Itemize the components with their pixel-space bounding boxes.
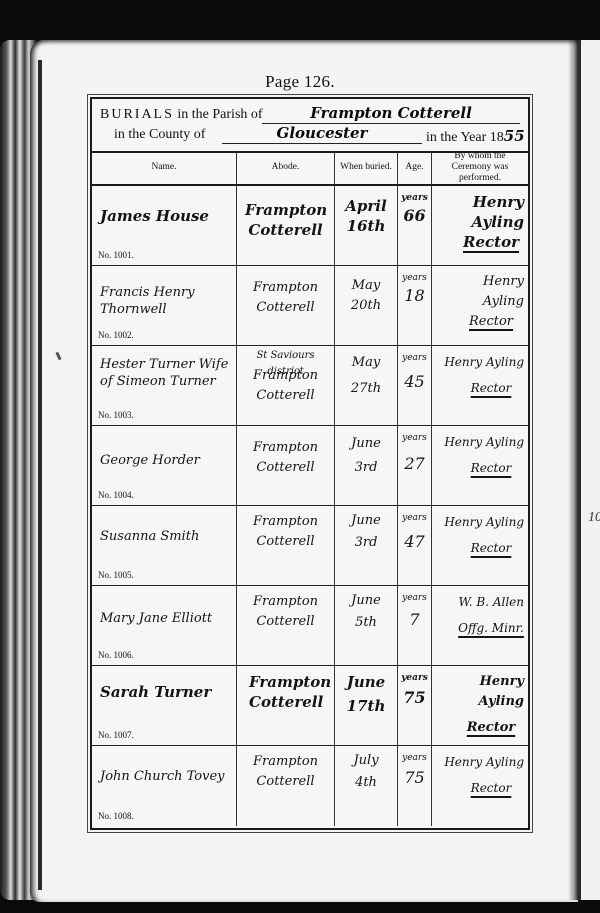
name-cell: John Church Tovey No. 1008. <box>92 746 237 826</box>
name-cell: Francis Henry Thornwell No. 1002. <box>92 266 237 345</box>
year-label: in the Year <box>426 130 486 145</box>
burial-date: July 4th <box>335 750 397 794</box>
officiant-name: Henry Ayling <box>444 755 524 769</box>
officiant-title: Offg. Minr. <box>438 618 524 638</box>
burial-date: June 17th <box>335 670 397 718</box>
deceased-name: Mary Jane Elliott <box>100 610 240 627</box>
register-entry: Francis Henry Thornwell No. 1002. Frampt… <box>92 266 528 346</box>
officiant-cell: Henry Ayling Rector <box>432 746 528 826</box>
abode: Frampton Cotterell <box>237 200 334 240</box>
abode-cell: Frampton Cotterell <box>237 746 335 826</box>
page-fold-shadow <box>38 60 42 890</box>
officiant-name: W. B. Allen <box>459 595 524 609</box>
age: years 75 <box>398 752 431 790</box>
age-unit: years <box>398 752 431 764</box>
age-cell: years 27 <box>398 426 432 505</box>
age-value: 18 <box>398 284 431 308</box>
age-value: 66 <box>398 204 431 228</box>
year-line: in the Year 1855 <box>426 127 525 146</box>
column-header-when-buried: When buried. <box>335 151 398 184</box>
officiant: Henry Ayling Rector <box>438 352 524 398</box>
age-cell: years 75 <box>398 746 432 826</box>
register-entry: George Horder No. 1004. Frampton Cottere… <box>92 426 528 506</box>
officiant-cell: Henry Ayling Rector <box>432 346 528 425</box>
officiant-cell: Henry Ayling Rector <box>432 426 528 505</box>
age-cell: years 18 <box>398 266 432 345</box>
officiant-name: Henry Ayling <box>483 274 524 309</box>
officiant-name: Henry Ayling <box>444 355 524 369</box>
heading-title: BURIALS <box>100 107 174 122</box>
column-header-age: Age. <box>398 151 432 184</box>
burial-day: 17th <box>335 694 397 718</box>
officiant-title: Rector <box>438 312 524 332</box>
entry-number: No. 1008. <box>98 811 134 821</box>
burial-date-cell: June 17th <box>335 666 398 745</box>
age-unit: years <box>398 672 431 684</box>
officiant-title: Rector <box>438 718 524 738</box>
officiant: Henry Ayling Rector <box>438 272 524 332</box>
county-label: in the County of <box>114 127 205 142</box>
burial-date: June 3rd <box>335 510 397 554</box>
abode-cell: Frampton Cotterell <box>237 426 335 505</box>
burial-month: July <box>335 750 397 772</box>
burial-date-cell: April 16th <box>335 186 398 265</box>
register-entry: Susanna Smith No. 1005. Frampton Cottere… <box>92 506 528 586</box>
parish-value: Frampton Cotterell <box>262 105 520 124</box>
age-unit: years <box>398 272 431 284</box>
burial-month: May <box>335 350 397 376</box>
age: years 47 <box>398 512 431 554</box>
burial-day: 4th <box>335 772 397 794</box>
deceased-name: Francis Henry Thornwell <box>100 284 230 318</box>
gutter-shadow <box>568 40 578 900</box>
register-entry: John Church Tovey No. 1008. Frampton Cot… <box>92 746 528 826</box>
entry-number: No. 1001. <box>98 250 134 260</box>
burial-date: June 3rd <box>335 432 397 480</box>
burial-month: June <box>335 590 397 612</box>
name-cell: Sarah Turner No. 1007. <box>92 666 237 745</box>
register-entry: James House No. 1001. Frampton Cotterell… <box>92 186 528 266</box>
burial-month: May <box>335 276 397 296</box>
burial-date-cell: May 20th <box>335 266 398 345</box>
age-value: 45 <box>398 370 431 394</box>
age-value: 75 <box>398 686 431 710</box>
deceased-name: Susanna Smith <box>100 528 230 545</box>
abode: Frampton Cotterell <box>237 278 334 318</box>
abode: Frampton Cotterell <box>237 752 334 792</box>
register-entry: Mary Jane Elliott No. 1006. Frampton Cot… <box>92 586 528 666</box>
column-header-name: Name. <box>92 151 237 184</box>
name-cell: Susanna Smith No. 1005. <box>92 506 237 585</box>
officiant-cell: Henry Ayling Rector <box>432 666 528 745</box>
age-unit: years <box>398 592 431 604</box>
abode-cell: Frampton Cotterell <box>237 586 335 665</box>
burial-date: April 16th <box>335 196 397 236</box>
year-written: 55 <box>504 127 525 145</box>
burial-day: 3rd <box>335 532 397 554</box>
county-value: Gloucester <box>222 125 422 144</box>
register-heading: BURIALS in the Parish of Frampton Cotter… <box>92 99 528 153</box>
age-unit: years <box>398 352 431 364</box>
age-unit: years <box>398 432 431 444</box>
abode: Frampton Cotterell <box>237 592 334 632</box>
age-value: 75 <box>398 766 431 790</box>
burial-register-table: BURIALS in the Parish of Frampton Cotter… <box>90 97 530 830</box>
burial-month: April <box>335 196 397 216</box>
deceased-name: James House <box>100 208 230 225</box>
abode: Frampton Cotterell <box>237 512 334 552</box>
officiant-name: Henry Ayling <box>444 435 524 449</box>
name-cell: James House No. 1001. <box>92 186 237 265</box>
abode-cell: Frampton Cotterell <box>237 266 335 345</box>
age-cell: years 45 <box>398 346 432 425</box>
burial-date-cell: June 3rd <box>335 506 398 585</box>
name-cell: Mary Jane Elliott No. 1006. <box>92 586 237 665</box>
entry-number: No. 1004. <box>98 490 134 500</box>
officiant-cell: Henry Ayling Rector <box>432 186 528 265</box>
abode: Frampton Cotterell <box>237 672 334 712</box>
parish-label: in the Parish of <box>177 107 262 122</box>
officiant-title: Rector <box>438 458 524 478</box>
abode: Frampton Cotterell <box>237 366 334 406</box>
burial-month: June <box>335 432 397 456</box>
entry-number: No. 1006. <box>98 650 134 660</box>
officiant-cell: Henry Ayling Rector <box>432 266 528 345</box>
officiant: W. B. Allen Offg. Minr. <box>438 592 524 638</box>
deceased-name: John Church Tovey <box>100 768 240 785</box>
burial-date-cell: June 5th <box>335 586 398 665</box>
facing-page-mark: 10 <box>588 510 600 526</box>
officiant-name: Henry Ayling <box>444 515 524 529</box>
year-printed: 18 <box>490 130 504 145</box>
age: years 45 <box>398 352 431 394</box>
burial-day: 16th <box>335 216 397 236</box>
burial-day: 27th <box>335 376 397 402</box>
officiant: Henry Ayling Rector <box>438 192 524 252</box>
officiant: Henry Ayling Rector <box>438 432 524 478</box>
officiant-name: Henry Ayling <box>478 674 524 709</box>
deceased-name: Hester Turner Wife of Simeon Turner <box>100 356 230 390</box>
entry-number: No. 1005. <box>98 570 134 580</box>
officiant-name: Henry Ayling <box>471 193 524 231</box>
officiant-title: Rector <box>438 232 524 252</box>
register-entry: Sarah Turner No. 1007. Frampton Cotterel… <box>92 666 528 746</box>
abode-cell: Frampton Cotterell <box>237 186 335 265</box>
burial-month: June <box>335 670 397 694</box>
officiant: Henry Ayling Rector <box>438 512 524 558</box>
age-cell: years 66 <box>398 186 432 265</box>
officiant-title: Rector <box>438 778 524 798</box>
abode: Frampton Cotterell <box>237 438 334 478</box>
burial-date-cell: May 27th <box>335 346 398 425</box>
county-line: in the County of <box>114 127 205 143</box>
parish-line: BURIALS in the Parish of <box>100 107 263 123</box>
entry-number: No. 1002. <box>98 330 134 340</box>
burial-month: June <box>335 510 397 532</box>
officiant: Henry Ayling Rector <box>438 752 524 798</box>
abode-cell: Frampton Cotterell <box>237 666 335 745</box>
burial-date-cell: July 4th <box>335 746 398 826</box>
officiant-cell: Henry Ayling Rector <box>432 506 528 585</box>
age-value: 27 <box>398 452 431 476</box>
age-value: 7 <box>398 608 431 632</box>
entry-number: No. 1007. <box>98 730 134 740</box>
facing-page: 10 <box>578 40 600 900</box>
page-number: Page 126. <box>0 72 600 92</box>
burial-date: June 5th <box>335 590 397 634</box>
age-unit: years <box>398 512 431 524</box>
name-cell: Hester Turner Wife of Simeon Turner No. … <box>92 346 237 425</box>
age-unit: years <box>398 192 431 204</box>
abode-cell: Frampton Cotterell <box>237 506 335 585</box>
officiant-title: Rector <box>438 378 524 398</box>
deceased-name: George Horder <box>100 452 230 469</box>
age-cell: years 75 <box>398 666 432 745</box>
age: years 27 <box>398 432 431 476</box>
column-header-abode: Abode. <box>237 151 335 184</box>
age-cell: years 7 <box>398 586 432 665</box>
officiant-cell: W. B. Allen Offg. Minr. <box>432 586 528 665</box>
column-headers: Name. Abode. When buried. Age. By whom t… <box>92 151 528 186</box>
abode-cell: St Saviours district Frampton Cotterell <box>237 346 335 425</box>
burial-day: 5th <box>335 612 397 634</box>
burial-day: 3rd <box>335 456 397 480</box>
deceased-name: Sarah Turner <box>100 684 230 701</box>
age: years 7 <box>398 592 431 632</box>
column-header-officiant: By whom the Ceremony was performed. <box>432 151 528 184</box>
age-cell: years 47 <box>398 506 432 585</box>
officiant: Henry Ayling Rector <box>438 672 524 738</box>
name-cell: George Horder No. 1004. <box>92 426 237 505</box>
burial-date: May 27th <box>335 350 397 402</box>
officiant-title: Rector <box>438 538 524 558</box>
age-value: 47 <box>398 530 431 554</box>
burial-day: 20th <box>335 296 397 316</box>
register-entry: Hester Turner Wife of Simeon Turner No. … <box>92 346 528 426</box>
age: years 66 <box>398 192 431 228</box>
register-entries: James House No. 1001. Frampton Cotterell… <box>92 186 528 826</box>
burial-date: May 20th <box>335 276 397 316</box>
age: years 18 <box>398 272 431 308</box>
entry-number: No. 1003. <box>98 410 134 420</box>
burial-date-cell: June 3rd <box>335 426 398 505</box>
age: years 75 <box>398 672 431 710</box>
